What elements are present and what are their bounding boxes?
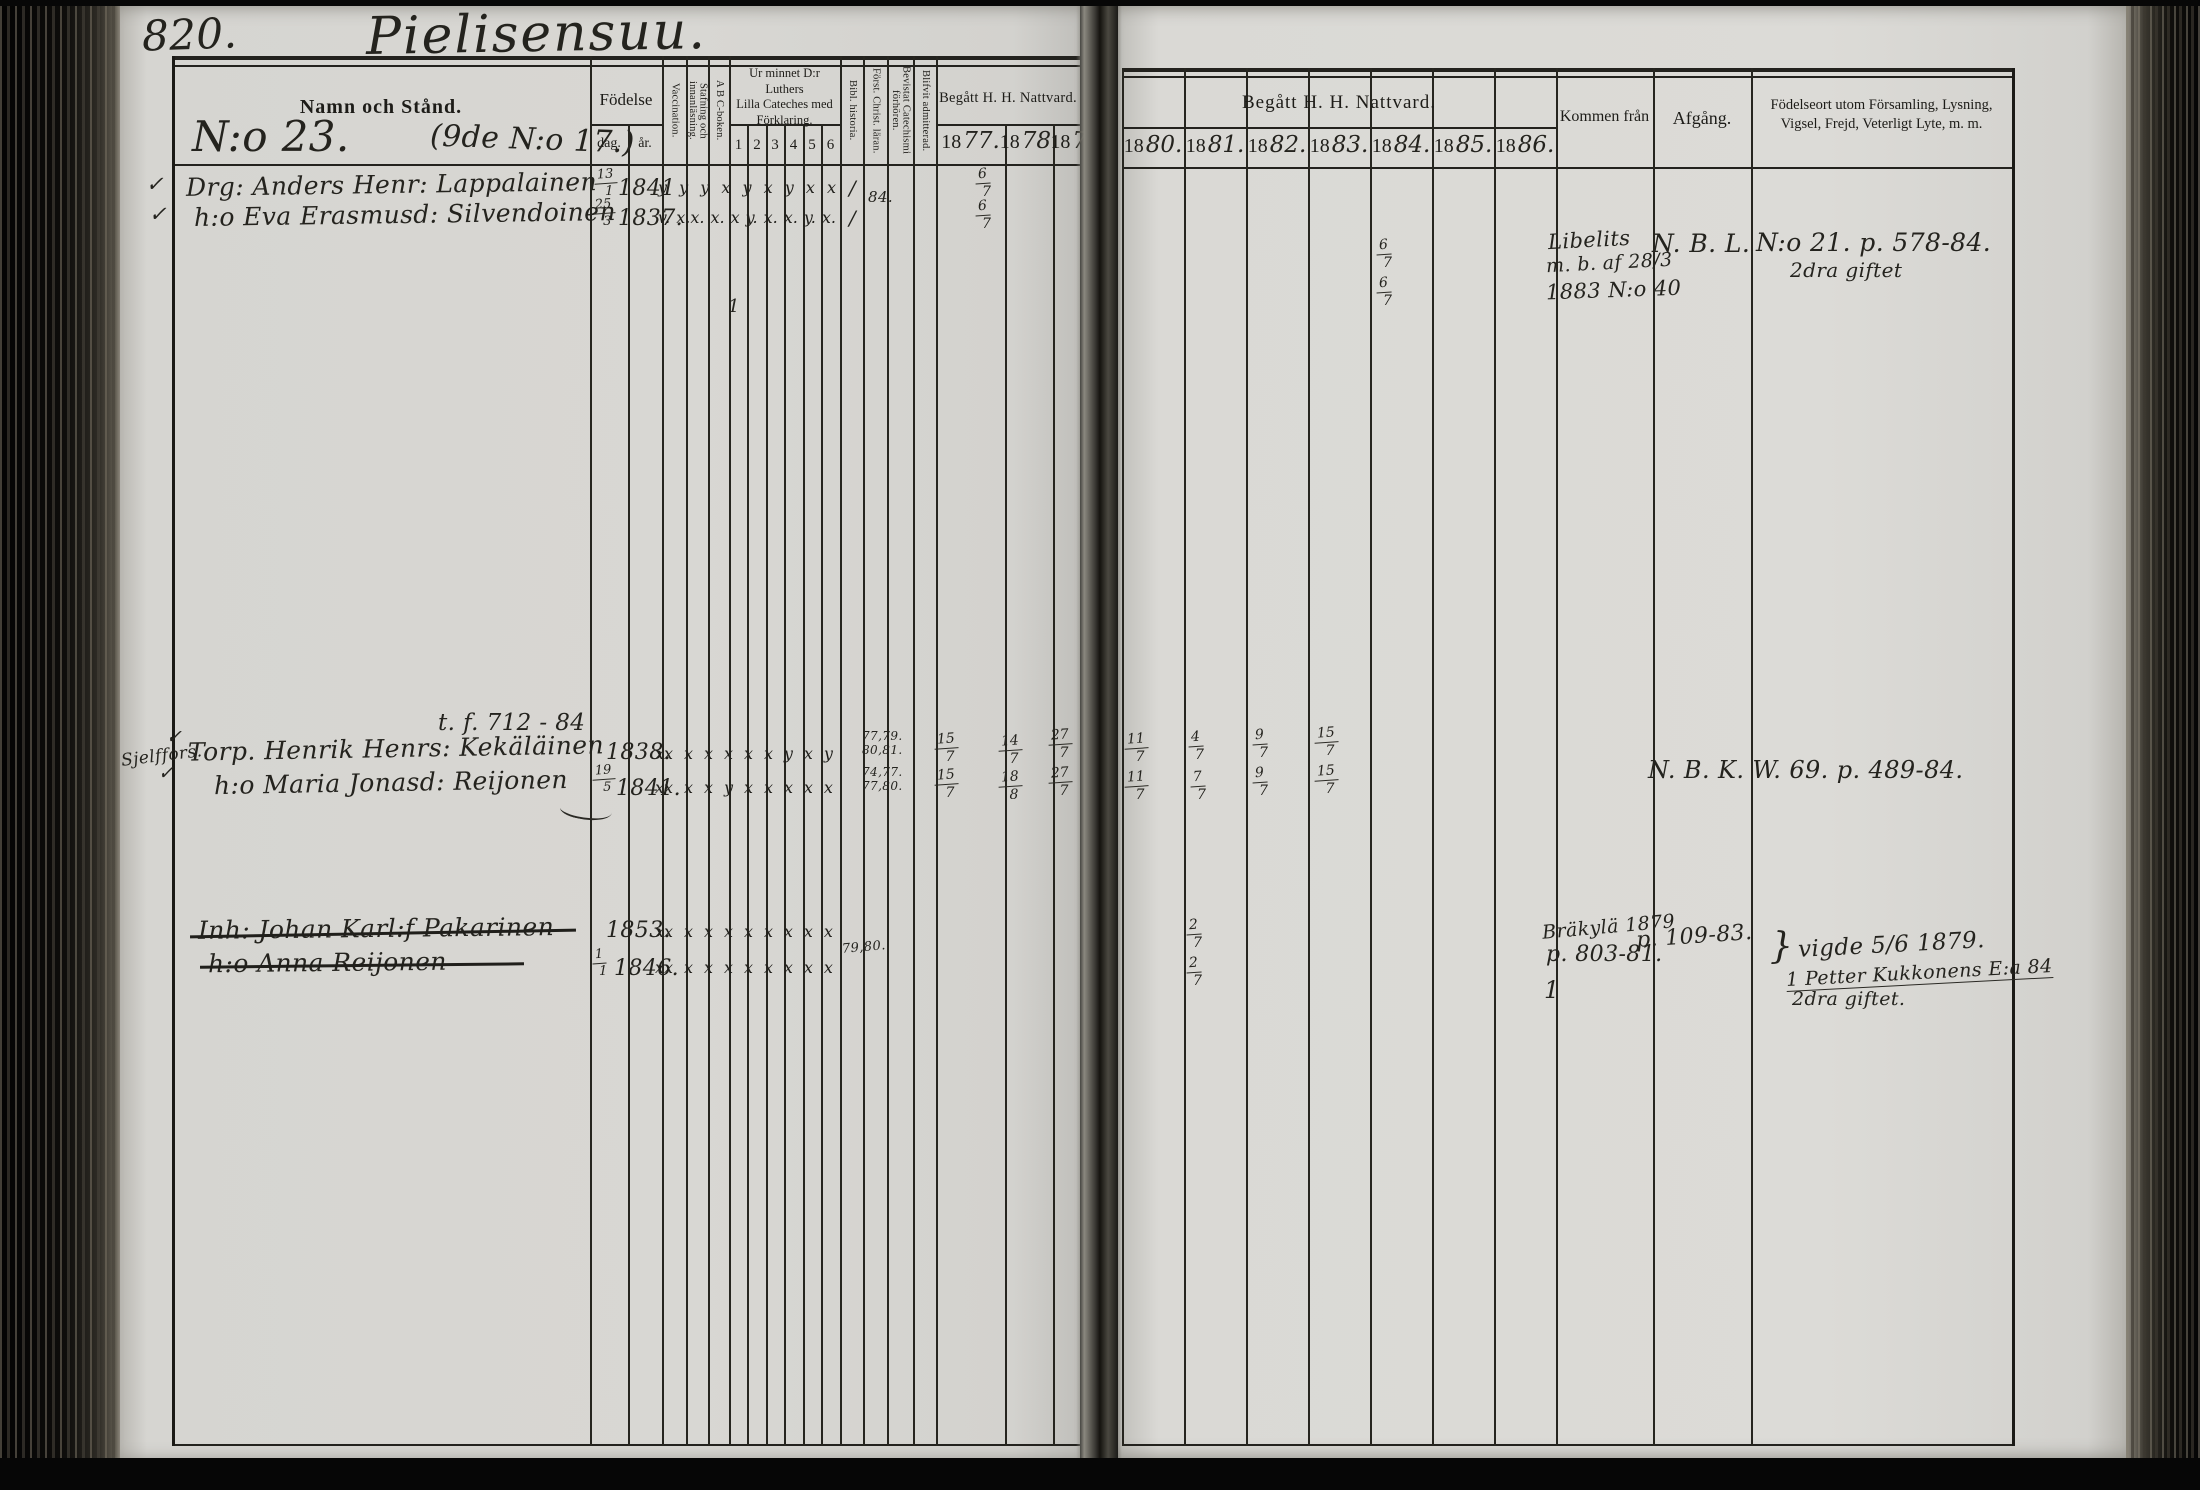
reading-mark: x (744, 958, 753, 977)
photo-border-bottom (0, 1458, 2200, 1490)
page-title: Pielisensuu. (366, 1, 708, 67)
photo-border-top (0, 0, 2200, 6)
year-divider-line (1184, 68, 1186, 1446)
communion-date-1879: 277 (1050, 728, 1074, 760)
communion-date-1881: 27 (1188, 918, 1203, 950)
nattvard-subheader-line (1122, 127, 1556, 129)
column-header-nattvard-left: Begått H. H. Nattvard. (936, 90, 1080, 107)
reading-mark: xx (655, 958, 673, 977)
reading-mark: x (764, 178, 773, 197)
reading-mark: x. (710, 208, 724, 227)
column-header-abc-boken: A B C-boken. (708, 58, 729, 163)
year-divider-line (1246, 68, 1248, 1446)
reading-mark: x (804, 744, 813, 763)
year-header-1880: 1880. (1122, 132, 1184, 158)
year-header-1877: 1877. (936, 128, 1005, 154)
kommen-fran-note: Libelits (1547, 226, 1631, 254)
reading-mark: x (764, 744, 773, 763)
reading-mark: x (804, 958, 813, 977)
cateches-col-2: 2 (748, 137, 766, 154)
reading-marks-row: xxxxyxxxxx (655, 778, 833, 797)
communion-date-1878: 188 (1000, 770, 1024, 802)
communion-date-1881: 47 (1190, 730, 1205, 762)
reading-mark: x (684, 958, 693, 977)
reading-mark: x (744, 778, 753, 797)
bevistat-years: 74,77. 77,80. (862, 766, 904, 794)
birth-day: 253 (594, 198, 617, 228)
reading-mark: x (824, 922, 833, 941)
bibl-mark: / (849, 206, 856, 230)
communion-date-1882: 97 (1254, 766, 1269, 798)
reading-mark: x (684, 778, 693, 797)
reading-mark: y (824, 744, 833, 763)
column-header-nattvard-right: Begått H. H. Nattvard. (1122, 92, 1556, 114)
reading-marks-row: v.x.x.x.xy.x.x.y.x. (658, 208, 836, 227)
table-top-border-inner (1122, 76, 2012, 78)
birth-day: 195 (594, 764, 617, 794)
header-bottom-line (1122, 167, 2012, 169)
communion-date-1884: 67 (1378, 276, 1393, 308)
reading-mark: y (724, 778, 733, 797)
reading-mark: xx (655, 778, 673, 797)
fodelseort-note: N:o 21. p. 578-84. (1756, 228, 1991, 257)
table-top-border (1122, 68, 2012, 72)
person-name: Inh: Johan Karl:f Pakarinen (198, 912, 554, 945)
year-header-1878: 1878. (1005, 128, 1053, 154)
forst-christ-note: 84. (868, 188, 893, 206)
communion-date-1882: 97 (1254, 728, 1269, 760)
column-header-blifvit-admitterad: Blifvit admitterad. (913, 58, 936, 163)
reading-mark: x (684, 922, 693, 941)
bevistat-years: 77,79. 80,81. (862, 730, 904, 758)
marriage-brace: } (1770, 926, 1793, 967)
communion-date-1883: 157 (1316, 726, 1340, 758)
column-header-stafning: Stafning och innanläsning. (686, 58, 708, 163)
reading-mark: x (744, 744, 753, 763)
reading-marks-row: xxxxxxxyxy (655, 744, 833, 763)
stray-pen-mark: 1 (728, 296, 740, 317)
year-header-1882: 1882. (1246, 132, 1308, 158)
table-top-border-inner (172, 65, 1080, 67)
column-header-bevistat: Bevistat Catechismi förhören. (887, 58, 913, 163)
cateches-col-1: 1 (729, 137, 748, 154)
year-divider-line (1494, 68, 1496, 1446)
reading-mark: y. (804, 208, 816, 227)
record-number: N:o 23. (192, 112, 350, 161)
communion-date-1880: 117 (1126, 770, 1150, 802)
reading-mark: y (700, 178, 709, 197)
reading-mark: x. (764, 208, 778, 227)
margin-check-mark: ✓ (149, 202, 167, 226)
reading-mark: y. (746, 208, 758, 227)
kommen-fran-note: 1 (1544, 976, 1560, 1004)
communion-date-1878: 147 (1000, 734, 1024, 766)
reading-mark: x (764, 922, 773, 941)
birth-day: 11 (594, 948, 608, 978)
reading-mark: x (704, 778, 713, 797)
fodelseort-note: 2dra giftet. (1792, 988, 1905, 1010)
column-header-fodelse: Födelse (590, 90, 662, 110)
reading-mark: x (721, 178, 730, 197)
reading-mark: xx (655, 744, 673, 763)
margin-check-mark: ✓ (158, 762, 174, 784)
reading-mark: x (724, 744, 733, 763)
book-page-edges-left (0, 0, 120, 1490)
communion-date-1877: 157 (936, 768, 960, 800)
reading-marks-row: xxxxxxxxxx (655, 958, 833, 977)
fodelseort-note: 2dra giftet (1790, 258, 1902, 282)
person-name: h:o Maria Jonasd: Reijonen (214, 765, 568, 800)
page-number: 820. (141, 8, 238, 60)
column-header-cateches: Ur minnet D:r Luthers Lilla Cateches med… (730, 66, 839, 128)
column-divider-line (913, 56, 915, 1446)
communion-date-1877: 67 (977, 199, 992, 231)
reading-mark: x (824, 778, 833, 797)
column-divider-line (840, 56, 842, 1446)
reading-mark: x (827, 178, 836, 197)
reading-mark: x (784, 958, 793, 977)
reading-mark: x (764, 778, 773, 797)
year-header-1885: 1885. (1432, 132, 1494, 158)
margin-check-mark: ✓ (146, 172, 164, 196)
reading-mark: x (824, 958, 833, 977)
person-name: Drg: Anders Henr: Lappalainen (186, 167, 597, 202)
column-header-bibl-historia: Bibl. historia. (840, 58, 863, 163)
table-left-border (1122, 68, 1124, 1446)
reading-mark: x (731, 208, 740, 227)
reading-mark: x (804, 922, 813, 941)
reading-mark: x (704, 958, 713, 977)
reading-mark: y (742, 178, 751, 197)
kommen-fran-note: 1883 N:o 40 (1546, 276, 1682, 305)
reading-mark: x (784, 778, 793, 797)
reading-mark: y (785, 178, 794, 197)
cateches-col-5: 5 (803, 137, 821, 154)
column-header-vaccination: Vaccination. (662, 58, 686, 163)
reading-mark: y (679, 178, 688, 197)
communion-date-1877: 157 (936, 732, 960, 764)
afgang-note: N. B. L. (1652, 229, 1750, 258)
fodelseort-note: N. B. K. W. 69. p. 489-84. (1648, 756, 1963, 784)
reading-mark: y (784, 744, 793, 763)
cateches-col-4: 4 (784, 137, 803, 154)
reading-mark: x (724, 958, 733, 977)
reading-mark: x. (822, 208, 836, 227)
reading-mark: x (704, 922, 713, 941)
column-header-kommen-fran: Kommen från (1556, 108, 1653, 126)
table-bottom-line (1122, 1444, 2012, 1446)
cateches-col-6: 6 (821, 137, 840, 154)
right-page (1118, 4, 2128, 1458)
reading-mark: v. (658, 208, 670, 227)
reading-mark: x.x. (676, 208, 704, 227)
reading-marks-row: yyyxyxyxx (658, 178, 836, 197)
table-right-border (2012, 68, 2015, 1446)
communion-date-1884: 67 (1378, 238, 1393, 270)
year-header-1886: 1886. (1494, 132, 1556, 158)
table-bottom-line (172, 1444, 1080, 1446)
communion-date-1881: 77 (1192, 770, 1207, 802)
parish-register-photograph: 820. Pielisensuu. Namn och Stånd. Födels… (0, 0, 2200, 1490)
year-header-1881: 1881. (1184, 132, 1246, 158)
reading-mark: x (784, 922, 793, 941)
cateches-col-3: 3 (766, 137, 784, 154)
column-header-fodelseort: Födelseort utom Församling, Lysning, Vig… (1752, 96, 2011, 134)
communion-date-1880: 117 (1126, 732, 1150, 764)
column-header-forst-christ: Först. Christ. läran. (863, 58, 887, 163)
record-reference: (9de N:o 17.) (429, 118, 635, 160)
nattvard-subheader-line (936, 124, 1080, 126)
reading-mark: x (804, 778, 813, 797)
reading-mark: x (724, 922, 733, 941)
book-page-edges-right (2126, 0, 2200, 1490)
reading-marks-row: xxxxxxxxxx (655, 922, 833, 941)
reading-mark: x (684, 744, 693, 763)
year-divider-line (1432, 68, 1434, 1446)
bibl-mark: / (849, 176, 856, 200)
year-header-1883: 1883. (1308, 132, 1370, 158)
book-spine-gutter (1076, 0, 1122, 1490)
year-divider-line (1370, 68, 1372, 1446)
year-header-1884: 1884. (1370, 132, 1432, 158)
reading-mark: x (704, 744, 713, 763)
communion-date-1879: 277 (1050, 766, 1074, 798)
reading-mark: y (658, 178, 667, 197)
person-name: h:o Eva Erasmusd: Silvendoinen (194, 197, 616, 232)
year-divider-line (1308, 68, 1310, 1446)
birth-day: 131 (596, 168, 619, 198)
reading-mark: x (806, 178, 815, 197)
reading-mark: x (764, 958, 773, 977)
column-header-afgang: Afgång. (1653, 108, 1751, 129)
reading-mark: xx (655, 922, 673, 941)
communion-date-1881: 27 (1188, 956, 1203, 988)
communion-date-1883: 157 (1316, 764, 1340, 796)
reading-mark: x (744, 922, 753, 941)
reading-mark: x. (784, 208, 798, 227)
header-bottom-line (172, 164, 1080, 166)
margin-check-mark: ✓ (166, 726, 182, 748)
communion-date-1877: 67 (977, 167, 992, 199)
